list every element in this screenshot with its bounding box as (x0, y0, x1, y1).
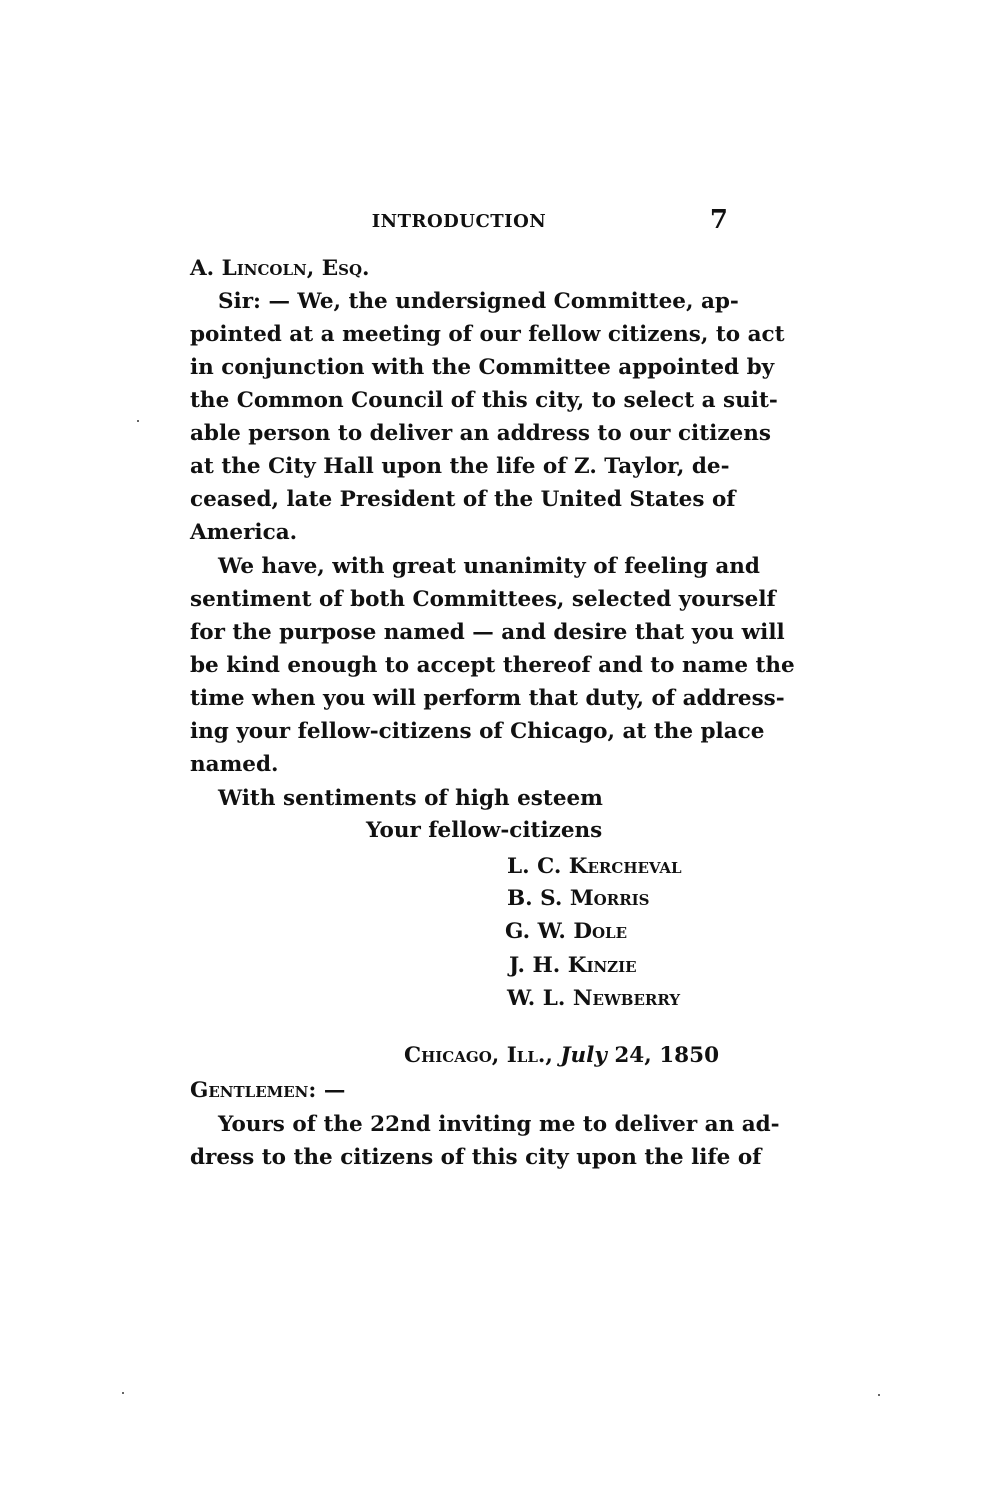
dateline-month: July (560, 1043, 606, 1068)
addressee: A. Lincoln, Esq. (190, 252, 728, 285)
salutation: Gentlemen: — (190, 1074, 728, 1107)
text-line: ing your fellow-citizens of Chicago, at … (190, 715, 728, 748)
dateline-date: 24, 1850 (614, 1043, 719, 1068)
text-line: time when you will perform that duty, of… (190, 682, 728, 715)
signatory: J. H. Kinzie (509, 949, 1000, 982)
scan-speck (137, 420, 139, 422)
closing-signoff: Your fellow-citizens (366, 814, 904, 847)
text-line: for the purpose named — and desire that … (190, 616, 728, 649)
text-line: dress to the citizens of this city upon … (190, 1141, 728, 1174)
page-number: 7 (710, 205, 728, 235)
book-page: INTRODUCTION 7 A. Lincoln, Esq. Sir: — W… (0, 0, 1000, 1511)
text-line: the Common Council of this city, to sele… (190, 384, 728, 417)
signatory: W. L. Newberry (507, 982, 1000, 1015)
dateline-place: Chicago, Ill., (404, 1043, 553, 1068)
scan-speck (122, 1392, 124, 1394)
scan-speck (878, 1394, 880, 1396)
text-line: Sir: — We, the undersigned Committee, ap… (218, 285, 728, 318)
dateline: Chicago, Ill., July 24, 1850 (404, 1039, 942, 1072)
text-line: be kind enough to accept thereof and to … (190, 649, 728, 682)
text-line: We have, with great unanimity of feeling… (218, 550, 728, 583)
text-line: America. (190, 516, 728, 549)
text-line: named. (190, 748, 728, 781)
page-header: INTRODUCTION 7 (190, 205, 728, 239)
text-line: able person to deliver an address to our… (190, 417, 728, 450)
signatory: L. C. Kercheval (507, 850, 1000, 883)
signatory: B. S. Morris (507, 882, 1000, 915)
text-line: pointed at a meeting of our fellow citiz… (190, 318, 728, 351)
text-line: in conjunction with the Committee appoin… (190, 351, 728, 384)
text-line: ceased, late President of the United Sta… (190, 483, 728, 516)
text-line: Yours of the 22nd inviting me to deliver… (218, 1108, 728, 1141)
running-head: INTRODUCTION (190, 211, 728, 232)
closing: With sentiments of high esteem (218, 782, 756, 815)
signatory: G. W. Dole (505, 915, 1000, 948)
text-line: sentiment of both Committees, selected y… (190, 583, 728, 616)
text-line: at the City Hall upon the life of Z. Tay… (190, 450, 728, 483)
